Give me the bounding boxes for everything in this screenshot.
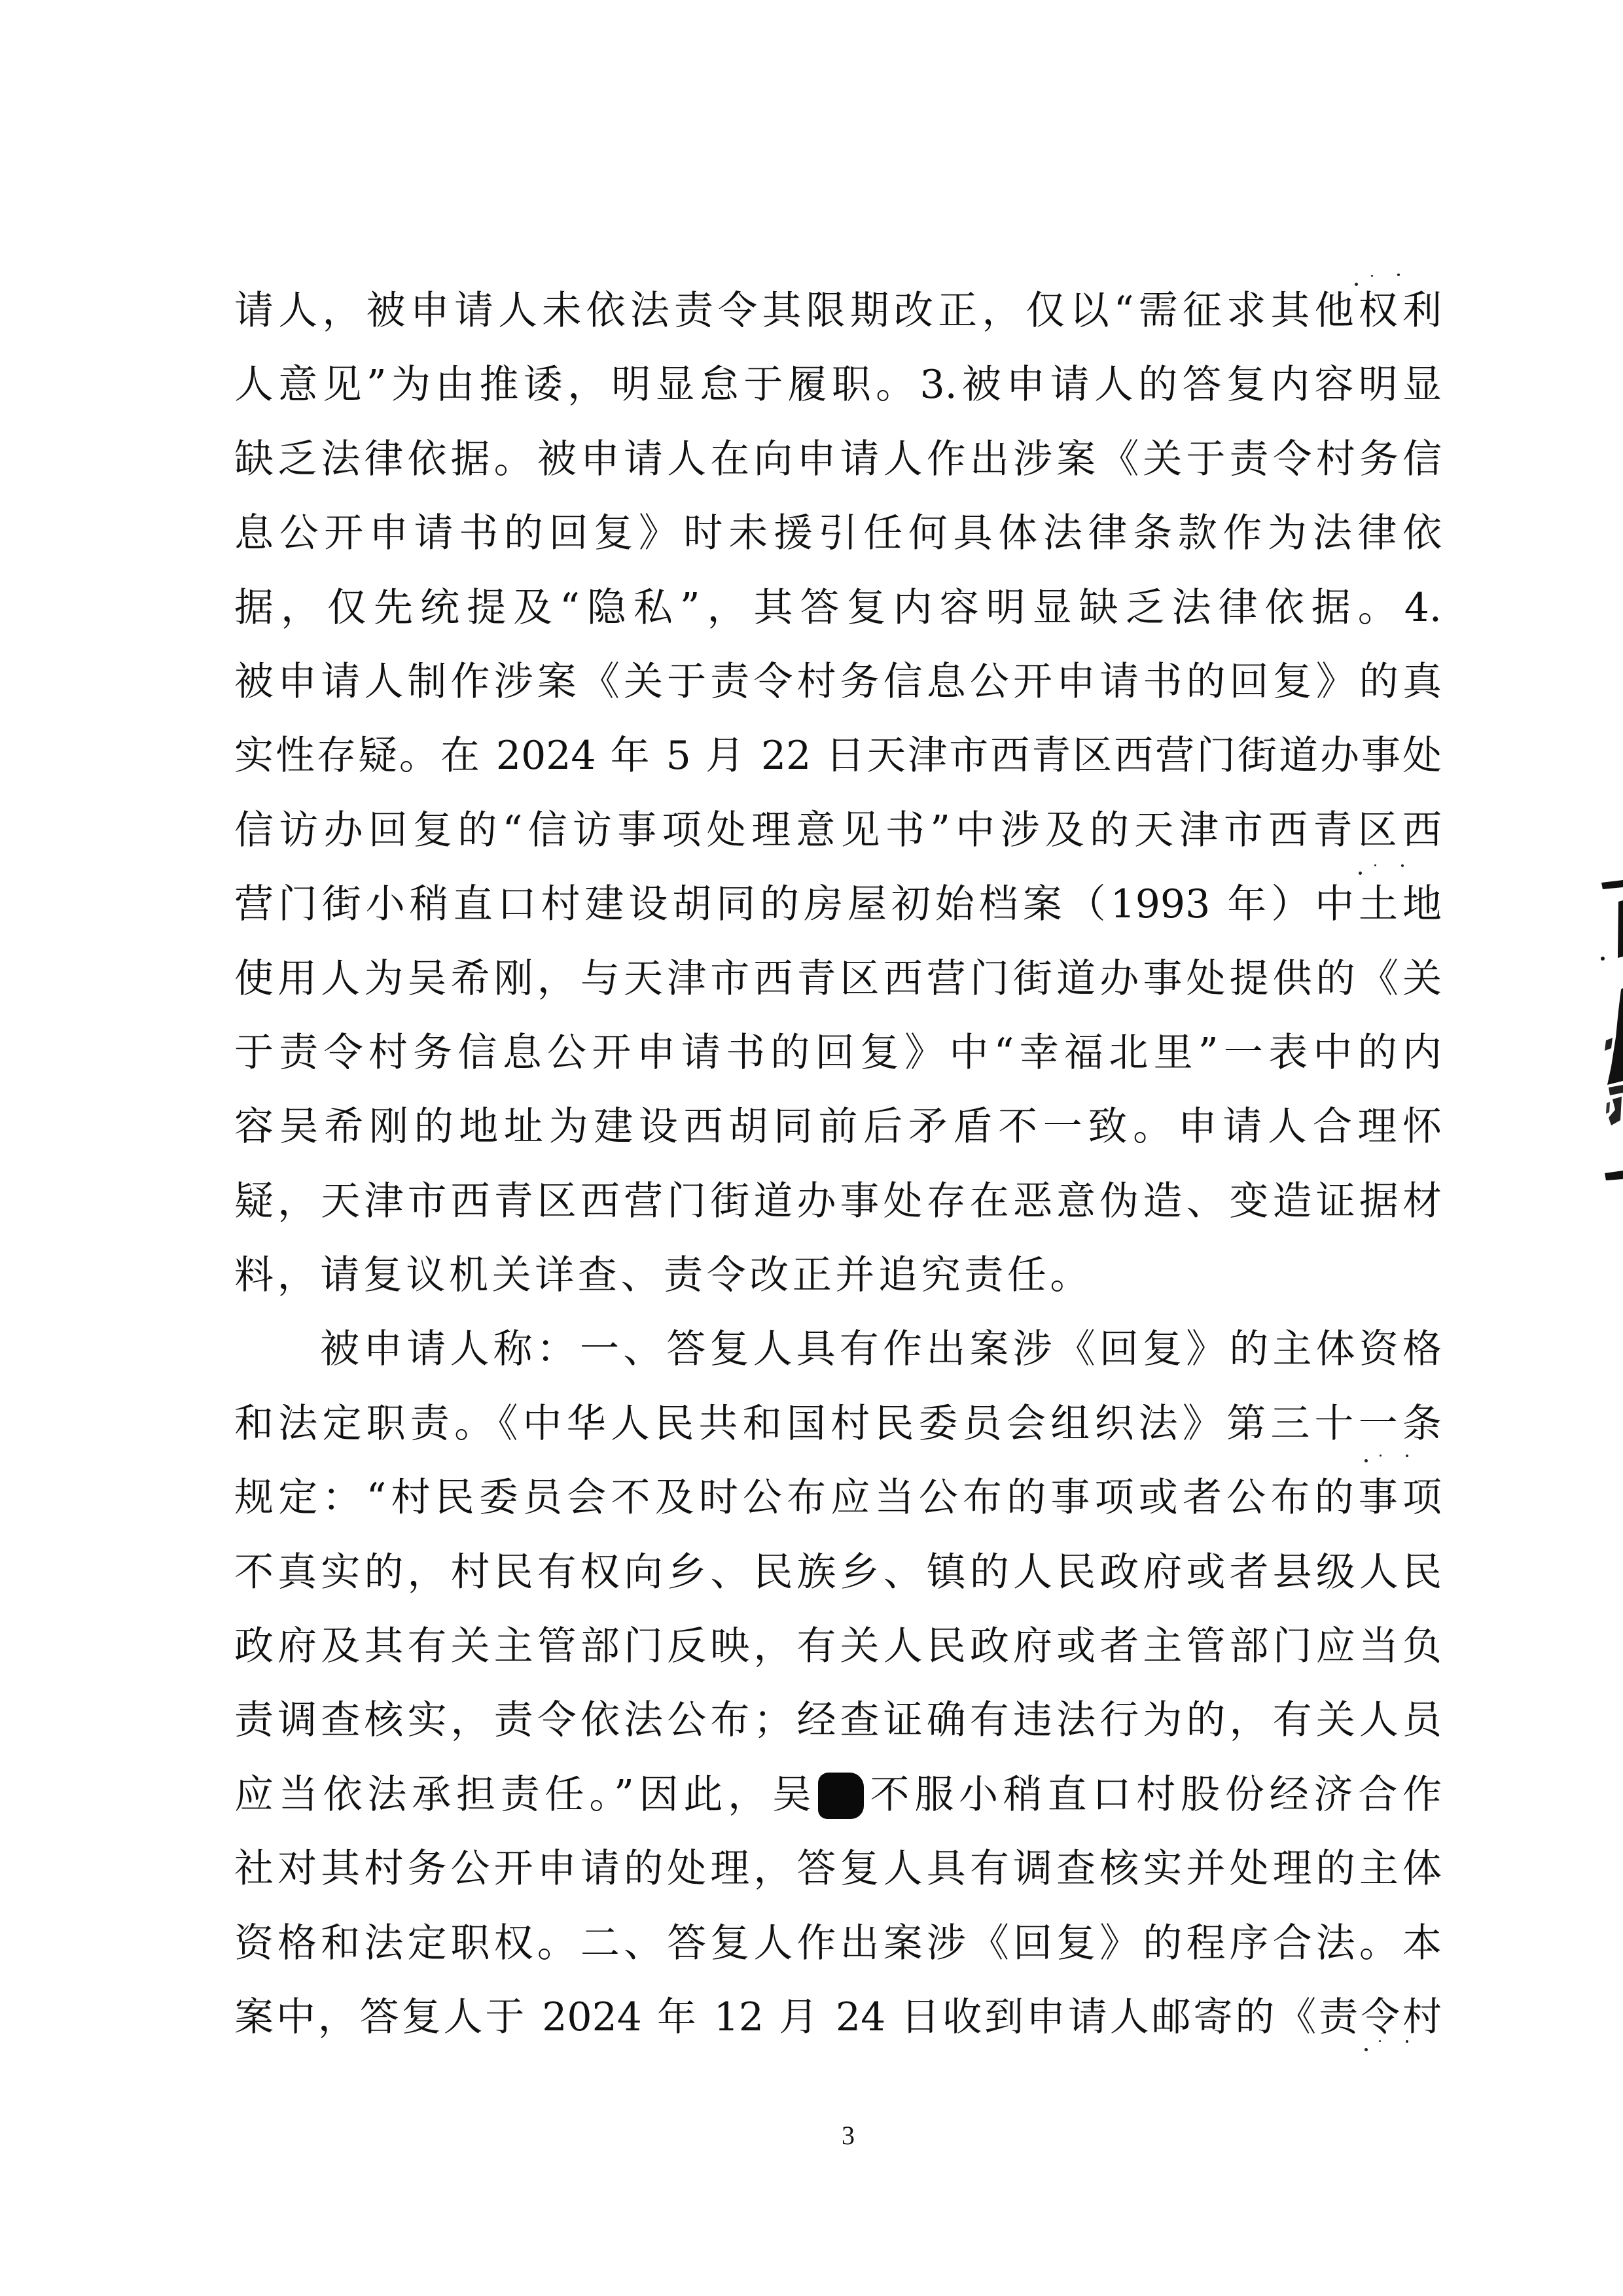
text-line: 请人，被申请人未依法责令其限期改正，仅以“需征求其他权利 bbox=[234, 274, 1442, 348]
scan-speck bbox=[1379, 2040, 1381, 2042]
text-line: 政府及其有关主管部门反映，有关人民政府或者主管部门应当负 bbox=[234, 1610, 1442, 1684]
text-line: 和法定职责。《中华人民共和国村民委员会组织法》第三十一条 bbox=[234, 1387, 1442, 1461]
text-line: 案中，答复人于 2024 年 12 月 24 日收到申请人邮寄的《责令村 bbox=[234, 1981, 1442, 2055]
text-line: 被申请人制作涉案《关于责令村务信息公开申请书的回复》的真 bbox=[234, 645, 1442, 719]
seal-stamp-edge-icon bbox=[1597, 877, 1623, 1184]
text-line: 信访办回复的“信访事项处理意见书”中涉及的天津市西青区西 bbox=[234, 794, 1442, 868]
scan-speck bbox=[1380, 1455, 1382, 1457]
scan-speck bbox=[1364, 1459, 1368, 1462]
text-line: 资格和法定职权。二、答复人作出案涉《回复》的程序合法。本 bbox=[234, 1907, 1442, 1981]
text-after-redaction: 不服小稍直口村股份经济合作 bbox=[865, 1772, 1442, 1818]
text-line: 缺乏法律依据。被申请人在向申请人作出涉案《关于责令村务信 bbox=[234, 423, 1442, 497]
page-number: 3 bbox=[835, 2123, 861, 2149]
scan-speck bbox=[1364, 2048, 1368, 2051]
text-line-paragraph-end: 料，请复议机关详查、责令改正并追究责任。 bbox=[234, 1239, 1442, 1313]
scan-speck bbox=[1371, 275, 1373, 277]
scan-speck bbox=[1397, 274, 1400, 276]
text-line: 容吴希刚的地址为建设西胡同前后矛盾不一致。申请人合理怀 bbox=[234, 1090, 1442, 1164]
text-line: 营门街小稍直口村建设胡同的房屋初始档案（1993 年）中土地 bbox=[234, 868, 1442, 942]
text-line: 据，仅先统提及“隐私”，其答复内容明显缺乏法律依据。4. bbox=[234, 571, 1442, 645]
text-line-with-redaction: 应当依法承担责任。”因此，吴不服小稍直口村股份经济合作 bbox=[234, 1758, 1442, 1832]
scan-speck bbox=[1355, 283, 1358, 286]
text-line: 人意见”为由推诿，明显怠于履职。3.被申请人的答复内容明显 bbox=[234, 348, 1442, 422]
scan-speck bbox=[1401, 864, 1404, 867]
scan-speck bbox=[1406, 1455, 1408, 1457]
text-line: 社对其村务公开申请的处理，答复人具有调查核实并处理的主体 bbox=[234, 1832, 1442, 1906]
text-line: 使用人为吴希刚，与天津市西青区西营门街道办事处提供的《关 bbox=[234, 942, 1442, 1016]
text-line: 于责令村务信息公开申请书的回复》中“幸福北里”一表中的内 bbox=[234, 1016, 1442, 1090]
scan-speck bbox=[1359, 872, 1362, 875]
text-line: 规定：“村民委员会不及时公布应当公布的事项或者公布的事项 bbox=[234, 1461, 1442, 1535]
text-line: 息公开申请书的回复》时未援引任何具体法律条款作为法律依 bbox=[234, 497, 1442, 571]
text-line: 实性存疑。在 2024 年 5 月 22 日天津市西青区西营门街道办事处 bbox=[234, 719, 1442, 793]
text-before-redaction: 应当依法承担责任。”因此，吴 bbox=[234, 1772, 817, 1818]
scan-speck bbox=[1374, 864, 1376, 866]
text-line: 疑，天津市西青区西营门街道办事处存在恶意伪造、变造证据材 bbox=[234, 1165, 1442, 1239]
text-line: 不真实的，村民有权向乡、民族乡、镇的人民政府或者县级人民 bbox=[234, 1536, 1442, 1610]
body-text: 请人，被申请人未依法责令其限期改正，仅以“需征求其他权利 人意见”为由推诿，明显… bbox=[234, 274, 1442, 2055]
redaction-mark bbox=[818, 1773, 864, 1819]
text-line-paragraph-start: 被申请人称：一、答复人具有作出案涉《回复》的主体资格 bbox=[234, 1313, 1442, 1386]
text-line: 责调查核实，责令依法公布；经查证确有违法行为的，有关人员 bbox=[234, 1684, 1442, 1757]
scan-speck bbox=[1406, 2040, 1408, 2043]
document-page: 请人，被申请人未依法责令其限期改正，仅以“需征求其他权利 人意见”为由推诿，明显… bbox=[0, 0, 1623, 2296]
